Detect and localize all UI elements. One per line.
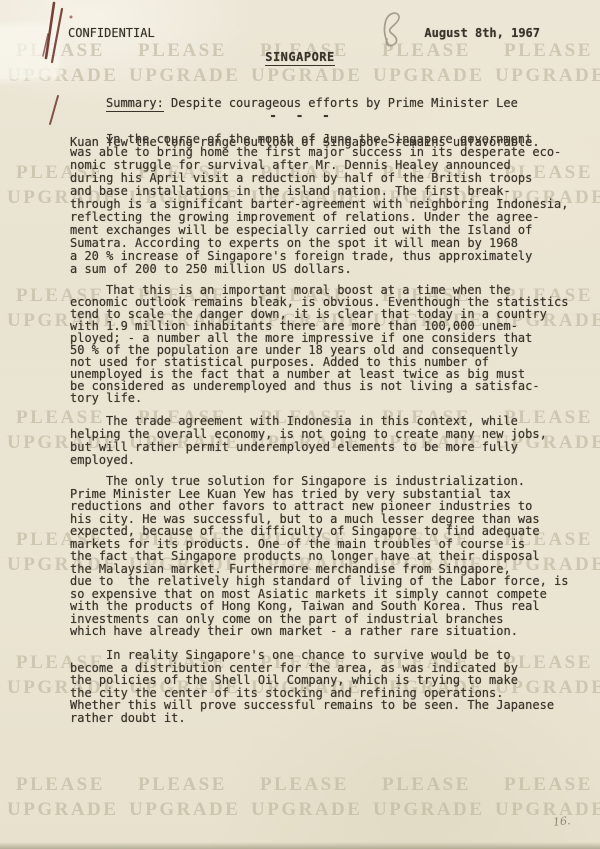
text-line: but will rather permit underemployed ele… [70,441,590,454]
watermark-word: UPGRADE [129,800,240,819]
document-page: PLEASEUPGRADEPLEASEUPGRADEPLEASEUPGRADEP… [0,0,600,849]
watermark-word: UPGRADE [495,800,600,819]
page-number: 16. [552,814,571,829]
paragraph-3: The trade agreement with Indonesia in th… [70,415,590,467]
watermark-word: PLEASE [260,775,349,794]
text-line: the fact that Singapore products no long… [70,550,590,563]
classification-label: CONFIDENTIAL [68,26,155,40]
watermark-word: UPGRADE [7,800,118,819]
paragraph-4: The only true solution for Singapore is … [70,475,590,638]
watermark-word: PLEASE [504,775,593,794]
summary-text: Despite courageous efforts by Prime Mini… [164,96,518,110]
watermark-word: PLEASE [138,775,227,794]
watermark-word: PLEASE [382,775,471,794]
text-line: a sum of 200 to 250 million US dollars. [70,263,590,276]
text-line: tory life. [70,392,590,404]
paragraph-1: In the course of the month of June the S… [70,133,590,276]
paragraph-5: In reality Singapore's one chance to sur… [70,649,590,725]
title-row: SINGAPORE [0,50,600,64]
text-line: the policies of the Shell Oil Company, w… [70,674,590,687]
text-line: expected, because of the difficulty of S… [70,525,590,538]
text-line: which have already their own market - a … [70,625,590,638]
text-line: reductions and other favors to attract n… [70,500,590,513]
watermark-word: UPGRADE [373,800,484,819]
watermark-word: UPGRADE [251,800,362,819]
page-title: SINGAPORE [265,50,335,66]
text-line: employed. [70,454,590,467]
text-line: The only true solution for Singapore is … [70,475,590,488]
text-line: In reality Singapore's one chance to sur… [70,649,590,662]
text-line: be considered as underemployed and thus … [70,380,590,392]
paragraph-2: That this is an important moral boost at… [70,284,590,404]
text-line: rather doubt it. [70,712,590,725]
date-label: August 8th, 1967 [424,26,540,40]
section-separator: - - - [0,109,600,124]
text-line: with the products of Hong Kong, Taiwan a… [70,600,590,613]
watermark-word: PLEASE [16,775,105,794]
header-row: CONFIDENTIAL August 8th, 1967 [68,26,540,40]
text-line: due to the relatively high standard of l… [70,575,590,588]
scan-bottom-edge [0,842,600,849]
